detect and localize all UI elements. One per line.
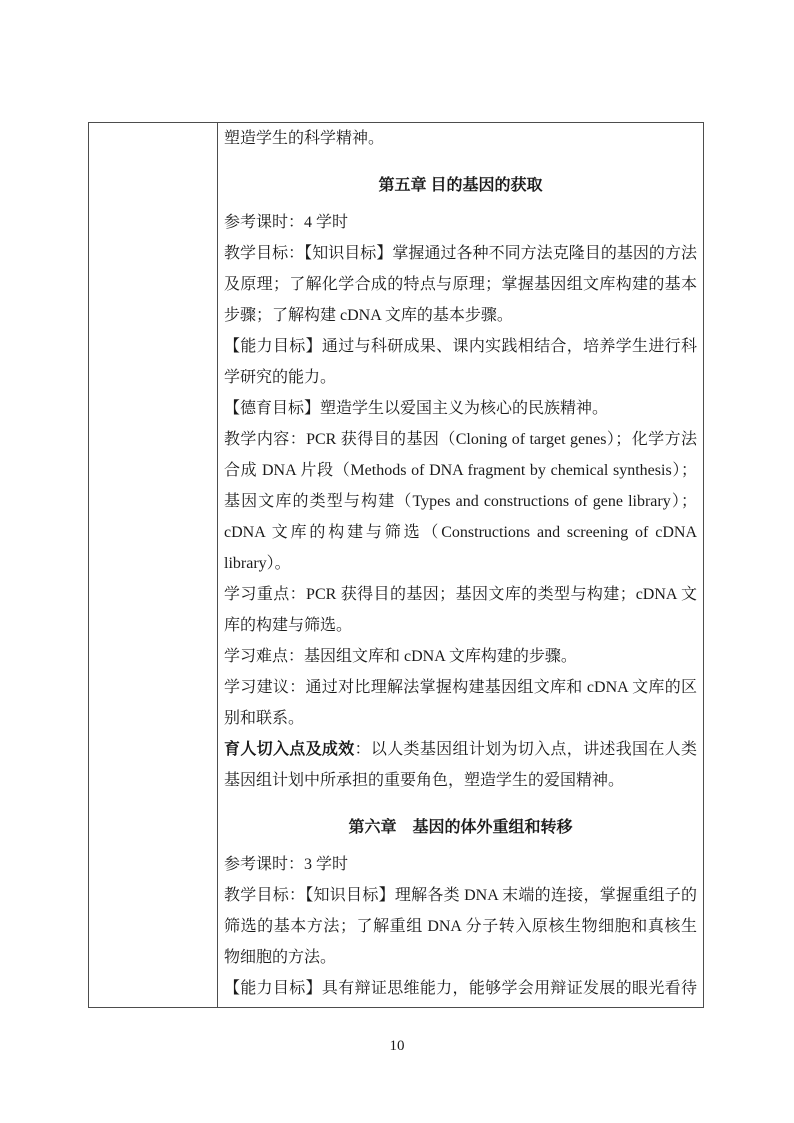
text-run: 教学内容：PCR 获得目的基因（Cloning of target genes）… <box>224 431 697 572</box>
paragraph: 学习难点：基因组文库和 cDNA 文库构建的步骤。 <box>224 641 697 672</box>
syllabus-table: 塑造学生的科学精神。第五章 目的基因的获取参考课时：4 学时教学目标：【知识目标… <box>88 122 704 1008</box>
text-run: 教学目标：【知识目标】掌握通过各种不同方法克隆目的基因的方法及原理；了解化学合成… <box>224 245 697 324</box>
text-run-bold: 第五章 目的基因的获取 <box>378 177 542 194</box>
document-page: 塑造学生的科学精神。第五章 目的基因的获取参考课时：4 学时教学目标：【知识目标… <box>0 0 794 1123</box>
paragraph: 学习重点：PCR 获得目的基因；基因文库的类型与构建；cDNA 文库的构建与筛选… <box>224 579 697 641</box>
text-run-bold: 第六章 基因的体外重组和转移 <box>348 819 572 836</box>
table-cell-left-empty <box>89 123 218 1007</box>
paragraph: 塑造学生的科学精神。 <box>224 123 697 154</box>
text-run: 学习难点：基因组文库和 cDNA 文库构建的步骤。 <box>224 648 577 665</box>
paragraph: 教学目标：【知识目标】掌握通过各种不同方法克隆目的基因的方法及原理；了解化学合成… <box>224 238 697 331</box>
paragraph: 【能力目标】具有辩证思维能力，能够学会用辩证发展的眼光看待问题。 <box>224 973 697 1007</box>
text-run: 【能力目标】通过与科研成果、课内实践相结合，培养学生进行科学研究的能力。 <box>224 338 697 386</box>
chapter-heading: 第六章 基因的体外重组和转移 <box>224 812 697 843</box>
paragraph: 【德育目标】塑造学生以爱国主义为核心的民族精神。 <box>224 393 697 424</box>
paragraph: 育人切入点及成效：以人类基因组计划为切入点，讲述我国在人类基因组计划中所承担的重… <box>224 734 697 796</box>
text-run: 学习建议：通过对比理解法掌握构建基因组文库和 cDNA 文库的区别和联系。 <box>224 679 697 727</box>
text-run-bold: 育人切入点及成效 <box>224 741 355 758</box>
paragraph: 【能力目标】通过与科研成果、课内实践相结合，培养学生进行科学研究的能力。 <box>224 331 697 393</box>
text-run: 参考课时：4 学时 <box>224 214 348 231</box>
paragraph: 参考课时：3 学时 <box>224 849 697 880</box>
paragraph: 教学目标：【知识目标】理解各类 DNA 末端的连接，掌握重组子的筛选的基本方法；… <box>224 880 697 973</box>
page-number: 10 <box>0 1036 794 1056</box>
paragraph: 教学内容：PCR 获得目的基因（Cloning of target genes）… <box>224 424 697 579</box>
text-run: 学习重点：PCR 获得目的基因；基因文库的类型与构建；cDNA 文库的构建与筛选… <box>224 586 697 634</box>
paragraph: 学习建议：通过对比理解法掌握构建基因组文库和 cDNA 文库的区别和联系。 <box>224 672 697 734</box>
table-cell-content: 塑造学生的科学精神。第五章 目的基因的获取参考课时：4 学时教学目标：【知识目标… <box>218 123 703 1007</box>
chapter-heading: 第五章 目的基因的获取 <box>224 170 697 201</box>
text-run: 【能力目标】具有辩证思维能力，能够学会用辩证发展的眼光看待问题。 <box>224 980 697 1007</box>
text-run: 教学目标：【知识目标】理解各类 DNA 末端的连接，掌握重组子的筛选的基本方法；… <box>224 887 697 966</box>
text-run: 参考课时：3 学时 <box>224 856 348 873</box>
text-run: 【德育目标】塑造学生以爱国主义为核心的民族精神。 <box>224 400 608 417</box>
paragraph: 参考课时：4 学时 <box>224 207 697 238</box>
text-run: 塑造学生的科学精神。 <box>224 130 384 147</box>
